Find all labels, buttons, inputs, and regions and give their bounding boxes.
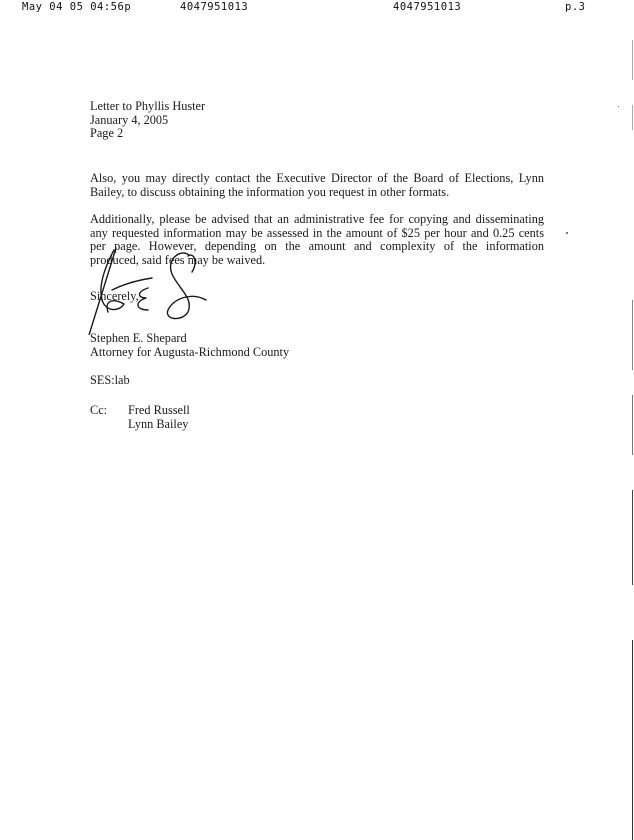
scan-edge-mark	[632, 105, 633, 130]
signer-title: Attorney for Augusta-Richmond County	[90, 346, 289, 360]
handwritten-signature	[84, 240, 234, 335]
fax-page-number: p.3	[565, 1, 585, 13]
recipient-line: Letter to Phyllis Huster	[90, 100, 205, 114]
cc-name: Lynn Bailey	[128, 418, 190, 432]
cc-names: Fred Russell Lynn Bailey	[128, 404, 190, 431]
scan-edge-mark	[632, 40, 633, 80]
paragraph-line: any requested information may be assesse…	[90, 227, 544, 241]
cc-label: Cc:	[90, 404, 107, 418]
signer-block: Stephen E. Shepard Attorney for Augusta-…	[90, 332, 289, 359]
fax-sender-number: 4047951013	[180, 1, 248, 13]
scan-edge-mark	[632, 490, 633, 585]
page-label: Page 2	[90, 127, 205, 141]
scan-edge-mark	[632, 640, 633, 840]
letter-heading: Letter to Phyllis Huster January 4, 2005…	[90, 100, 205, 141]
fax-header: May 04 05 04:56p 4047951013 4047951013 p…	[0, 0, 634, 16]
scan-edge-mark	[632, 395, 633, 455]
paragraph-contact: Also, you may directly contact the Execu…	[90, 172, 544, 199]
scan-speck	[618, 106, 619, 107]
scan-speck	[566, 232, 568, 234]
scan-edge-mark	[632, 300, 633, 370]
paragraph-line: Bailey, to discuss obtaining the informa…	[90, 186, 544, 200]
initials: SES:lab	[90, 374, 130, 388]
paragraph-line: Additionally, please be advised that an …	[90, 213, 544, 227]
paragraph-line: Also, you may directly contact the Execu…	[90, 172, 544, 186]
fax-datetime: May 04 05 04:56p	[22, 1, 131, 13]
cc-name: Fred Russell	[128, 404, 190, 418]
letter-date: January 4, 2005	[90, 114, 205, 128]
fax-receiver-number: 4047951013	[393, 1, 461, 13]
